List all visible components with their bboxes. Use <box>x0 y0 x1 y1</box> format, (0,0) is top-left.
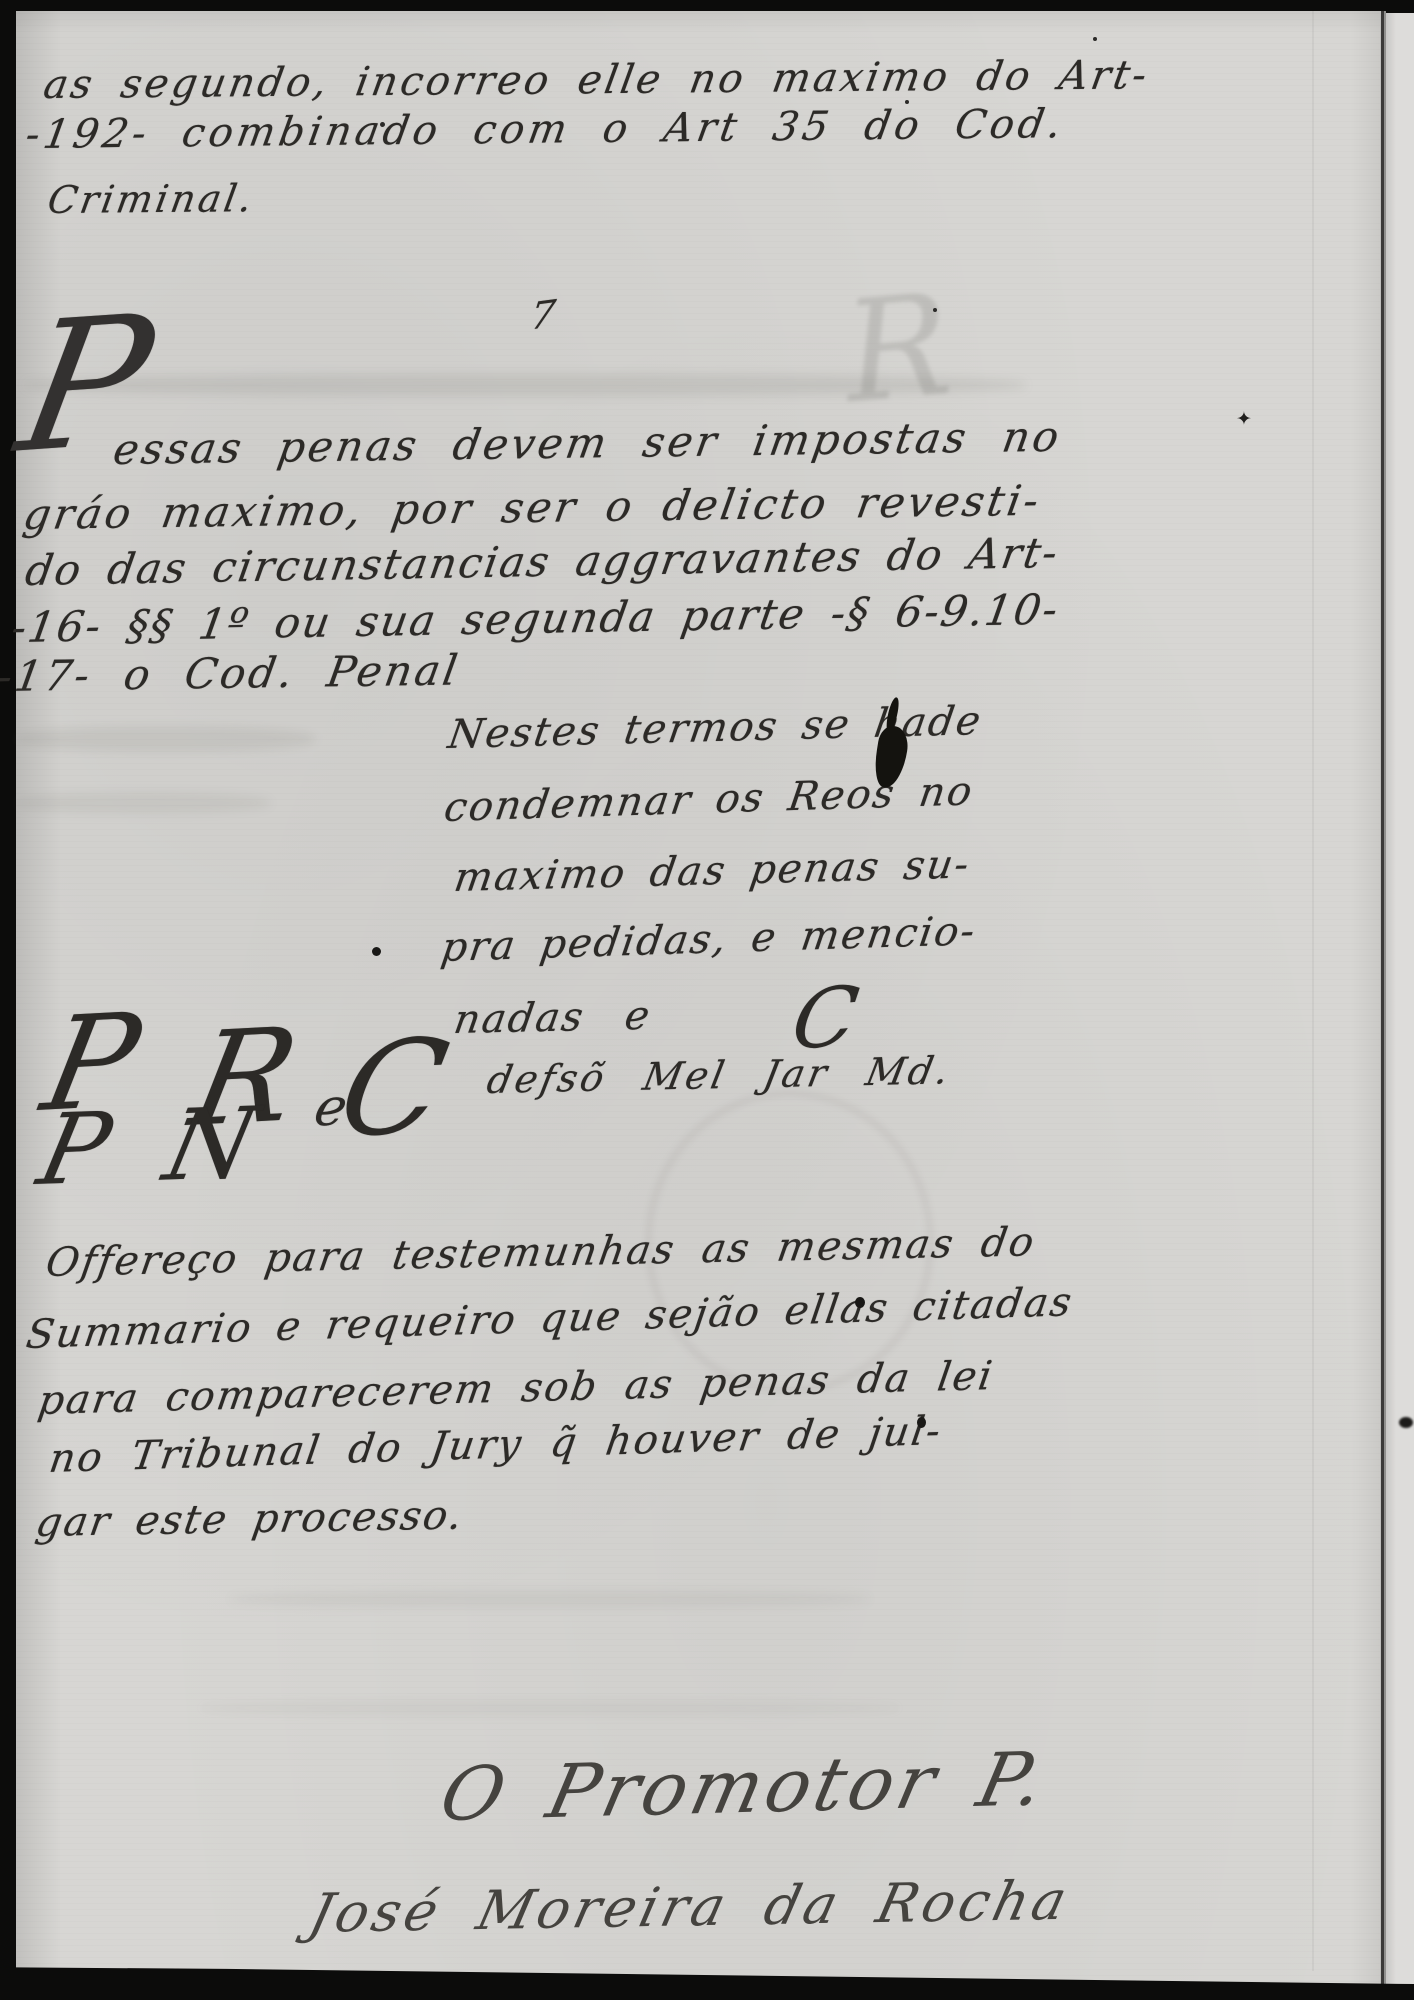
manuscript-line: Criminal. <box>45 176 259 222</box>
manuscript-line: as segundo, incorreo elle no maximo do A… <box>40 52 1153 108</box>
signature-name: José Moreira da Rocha <box>303 1869 1076 1945</box>
star-mark: ✦ <box>1236 408 1252 430</box>
adjacent-page-strip <box>1386 13 1414 2000</box>
ink-dot <box>855 1297 865 1308</box>
ink-dot <box>917 1417 926 1428</box>
paper-speck <box>380 122 385 127</box>
scanned-manuscript: R as segundo, incorreo elle no maximo do… <box>0 0 1414 2000</box>
bleedthrough-band <box>16 726 316 752</box>
manuscript-line: nadas e <box>451 993 655 1043</box>
ink-dot <box>372 947 381 956</box>
manuscript-line: gar este processo. <box>33 1493 468 1546</box>
signature-role: O Promotor P. <box>433 1736 1056 1838</box>
formula-initials-pn: P N <box>31 1094 279 1200</box>
bleedthrough-band <box>230 1590 870 1608</box>
section-mark: 7 <box>528 292 558 339</box>
paper-speck <box>1093 37 1097 41</box>
paper-speck <box>933 308 937 312</box>
bleedthrough-band <box>200 1700 900 1716</box>
manuscript-line: -17- o Cod. Penal <box>0 646 464 701</box>
bleedthrough-band <box>16 792 271 814</box>
bleedthrough-flourish: R <box>838 264 957 436</box>
scanner-streak-line <box>1312 11 1314 1971</box>
edge-ink-smudge <box>1399 1417 1413 1428</box>
paper-speck <box>905 100 909 104</box>
